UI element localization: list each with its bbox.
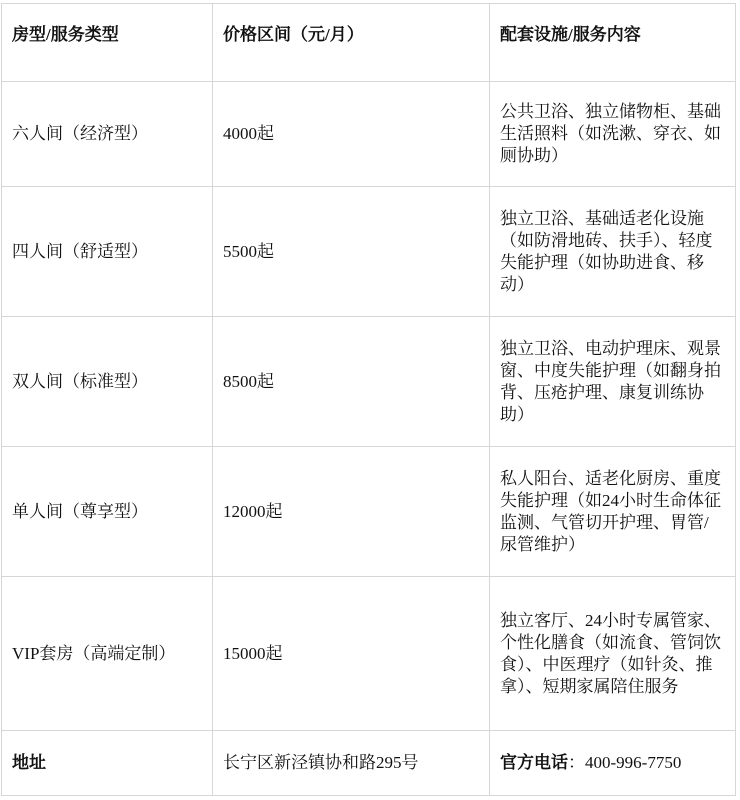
- room-pricing-table: 房型/服务类型 价格区间（元/月） 配套设施/服务内容 六人间（经济型） 400…: [1, 3, 736, 796]
- room-type-cell: 四人间（舒适型）: [2, 187, 213, 317]
- room-type-cell: 双人间（标准型）: [2, 317, 213, 447]
- room-type-cell: 六人间（经济型）: [2, 82, 213, 187]
- table-row: 六人间（经济型） 4000起 公共卫浴、独立储物柜、基础生活照料（如洗漱、穿衣、…: [2, 82, 736, 187]
- address-label: 地址: [2, 731, 213, 796]
- phone-cell: 官方电话：400-996-7750: [490, 731, 736, 796]
- header-services: 配套设施/服务内容: [490, 4, 736, 82]
- table-row: 单人间（尊享型） 12000起 私人阳台、适老化厨房、重度失能护理（如24小时生…: [2, 447, 736, 577]
- room-type-cell: VIP套房（高端定制）: [2, 577, 213, 731]
- phone-number: 400-996-7750: [585, 753, 681, 772]
- table-footer-row: 地址 长宁区新泾镇协和路295号 官方电话：400-996-7750: [2, 731, 736, 796]
- price-cell: 4000起: [213, 82, 490, 187]
- phone-separator: ：: [568, 753, 585, 772]
- price-cell: 12000起: [213, 447, 490, 577]
- price-cell: 15000起: [213, 577, 490, 731]
- table-row: VIP套房（高端定制） 15000起 独立客厅、24小时专属管家、个性化膳食（如…: [2, 577, 736, 731]
- services-cell: 独立卫浴、基础适老化设施（如防滑地砖、扶手）、轻度失能护理（如协助进食、移动）: [490, 187, 736, 317]
- price-cell: 8500起: [213, 317, 490, 447]
- address-value: 长宁区新泾镇协和路295号: [213, 731, 490, 796]
- header-room-type: 房型/服务类型: [2, 4, 213, 82]
- phone-label: 官方电话: [500, 753, 568, 772]
- header-price-range: 价格区间（元/月）: [213, 4, 490, 82]
- table-row: 双人间（标准型） 8500起 独立卫浴、电动护理床、观景窗、中度失能护理（如翻身…: [2, 317, 736, 447]
- room-type-cell: 单人间（尊享型）: [2, 447, 213, 577]
- table-header-row: 房型/服务类型 价格区间（元/月） 配套设施/服务内容: [2, 4, 736, 82]
- services-cell: 私人阳台、适老化厨房、重度失能护理（如24小时生命体征监测、气管切开护理、胃管/…: [490, 447, 736, 577]
- address-label-text: 地址: [12, 753, 46, 772]
- services-cell: 公共卫浴、独立储物柜、基础生活照料（如洗漱、穿衣、如厕协助）: [490, 82, 736, 187]
- services-cell: 独立卫浴、电动护理床、观景窗、中度失能护理（如翻身拍背、压疮护理、康复训练协助）: [490, 317, 736, 447]
- price-cell: 5500起: [213, 187, 490, 317]
- table-row: 四人间（舒适型） 5500起 独立卫浴、基础适老化设施（如防滑地砖、扶手）、轻度…: [2, 187, 736, 317]
- services-cell: 独立客厅、24小时专属管家、个性化膳食（如流食、管饲饮食）、中医理疗（如针灸、推…: [490, 577, 736, 731]
